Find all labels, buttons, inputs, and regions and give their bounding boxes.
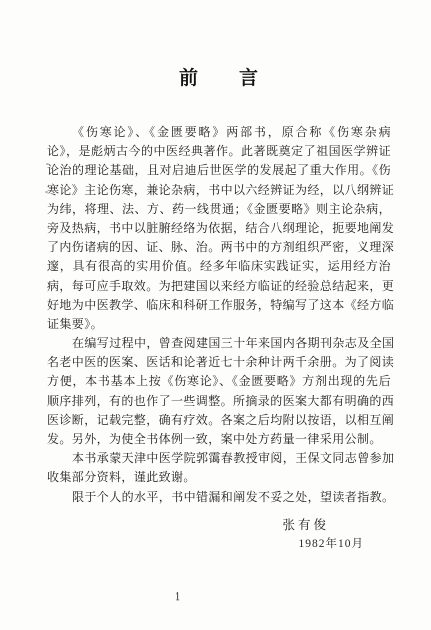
text-line: 了内伤诸病的因、证、脉、治。两书中的方剂组织严密，义理深 bbox=[47, 238, 391, 257]
text-line: 本书承蒙天津中医学院郭霭春教授审阅，王保文同志曾参加 bbox=[47, 449, 391, 468]
text-line: 在编写过程中，曾查阅建国三十年来国内各期刊杂志及全国 bbox=[47, 334, 391, 353]
text-line: 为纬，将理、法、方、药一线贯通；《金匮要略》则主论杂病， bbox=[47, 200, 391, 219]
text-line: 论治的理论基础，且对启迪后世医学的发展起了重大作用。《伤 bbox=[47, 161, 391, 180]
text-line: 好地为中医教学、临床和科研工作服务，特编写了这本《经方临 bbox=[47, 296, 391, 315]
author-signature: 张有俊 bbox=[47, 516, 391, 535]
publication-date: 1982年10月 bbox=[47, 535, 391, 554]
text-line: 论》，是彪炳古今的中医经典著作。此著既奠定了祖国医学辨证 bbox=[47, 142, 391, 161]
page-number: 1 bbox=[175, 590, 180, 603]
text-line: 病，每可应手取效。为把建国以来经方临证的经验总结起来，更 bbox=[47, 277, 391, 296]
text-line: 方便，本书基本上按《伤寒论》、《金匮要略》方剂出现的先后 bbox=[47, 372, 391, 391]
text-line: 寒论》主论伤寒，兼论杂病，书中以六经辨证为经，以八纲辨证 bbox=[47, 181, 391, 200]
text-line: 旁及热病，书中以脏腑经络为依据，结合八纲理论，扼要地阐发 bbox=[47, 219, 391, 238]
preface-body: 《伤寒论》、《金匮要略》两部书，原合称《伤寒杂病论》，是彪炳古今的中医经典著作。… bbox=[47, 123, 391, 507]
text-line: 名老中医的医案、医话和论著近七十余种计两千余册。为了阅读 bbox=[47, 353, 391, 372]
text-line: 医诊断，记载完整，确有疗效。各案之后均附以按语，以相互阐 bbox=[47, 411, 391, 430]
signature-block: 张有俊 1982年10月 bbox=[47, 516, 391, 554]
scan-artifact bbox=[45, 191, 48, 193]
text-line: 邃，具有很高的实用价值。经多年临床实践证实，运用经方治 bbox=[47, 257, 391, 276]
text-line: 限于个人的水平，书中错漏和阐发不妥之处，望读者指教。 bbox=[47, 488, 391, 507]
text-line: 收集部分资料，谨此致谢。 bbox=[47, 468, 391, 487]
scan-artifact bbox=[46, 163, 49, 165]
text-line: 顺序排列，有的也作了一些调整。所摘录的医案大都有明确的西 bbox=[47, 392, 391, 411]
text-line: 发。另外，为使全书体例一致，案中处方药量一律采用公制。 bbox=[47, 430, 391, 449]
book-page: 前 言 《伤寒论》、《金匮要略》两部书，原合称《伤寒杂病论》，是彪炳古今的中医经… bbox=[0, 0, 431, 630]
text-line: 证集要》。 bbox=[47, 315, 391, 334]
page-title: 前 言 bbox=[47, 68, 391, 90]
text-line: 《伤寒论》、《金匮要略》两部书，原合称《伤寒杂病 bbox=[47, 123, 391, 142]
